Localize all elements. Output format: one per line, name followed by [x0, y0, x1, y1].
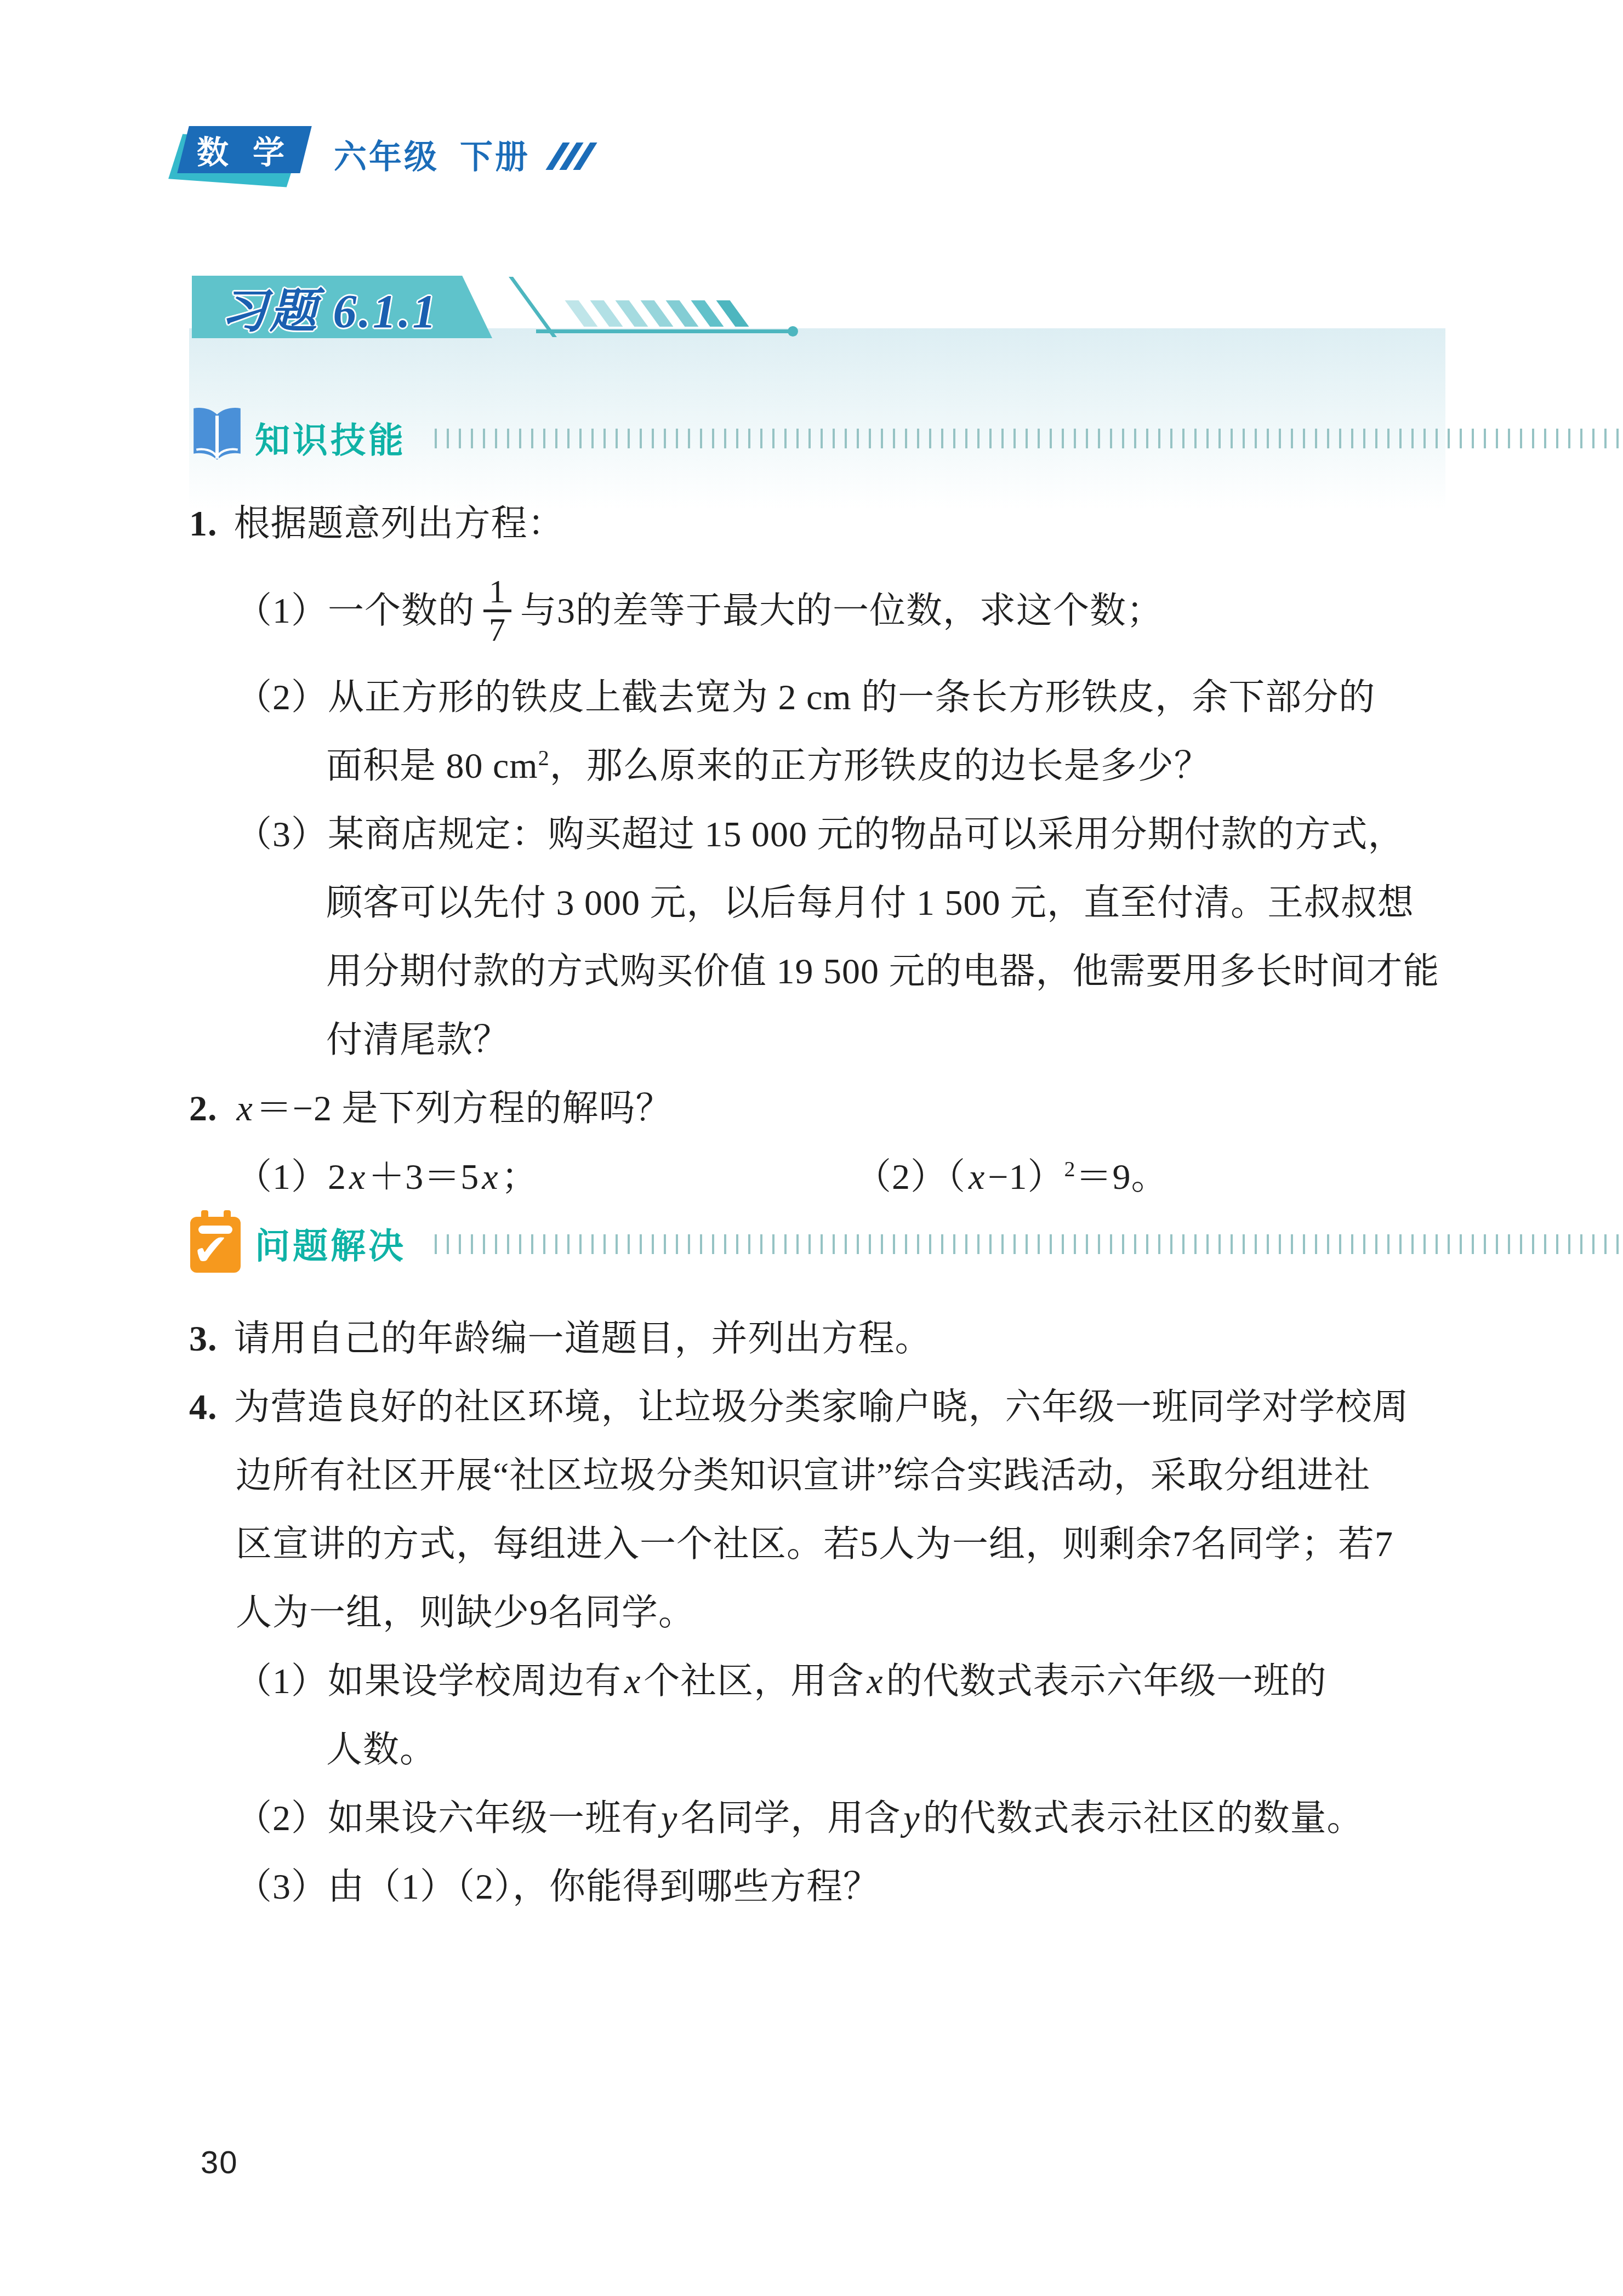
banner-slashes-icon — [574, 300, 739, 327]
header-slashes-icon — [554, 143, 589, 170]
item-text: （3）由（1）（2），你能得到哪些方程？ — [236, 1867, 880, 1907]
problem-1-item-3-line-2: 顾客可以先付 3 000 元，以后每月付 1 500 元，直至付清。王叔叔想 — [189, 869, 1450, 937]
equation-1: （1）2x＋3＝5x； — [236, 1143, 855, 1211]
item-text: 个社区，用含 — [643, 1661, 864, 1701]
item-text: 的代数式表示六年级一班的 — [886, 1661, 1327, 1701]
item-label: （2） — [855, 1157, 947, 1197]
item-text: 用分期付款的方式购买价值 19 500 元的电器，他需要用多长时间才能 — [326, 952, 1440, 992]
problem-number: 4. — [189, 1387, 218, 1427]
item-text: 面积是 80 cm — [326, 746, 538, 786]
item-label: （1） — [236, 1157, 328, 1197]
problem-4-item-2: （2）如果设六年级一班有y名同学，用含y的代数式表示社区的数量。 — [189, 1784, 1450, 1853]
problem-text: 请用自己的年龄编一道题目，并列出方程。 — [234, 1319, 932, 1359]
problem-text: 根据题意列出方程： — [234, 504, 565, 544]
variable-x: x — [346, 1157, 368, 1197]
section-knowledge-header: 知识技能 — [189, 404, 1445, 470]
problem-4-item-1-line-2: 人数。 — [189, 1716, 1450, 1784]
fraction-denominator: 7 — [483, 609, 511, 648]
problem-1-item-2-line-2: 面积是 80 cm2，那么原来的正方形铁皮的边长是多少？ — [189, 732, 1450, 800]
section-title-knowledge: 知识技能 — [255, 412, 406, 463]
equation-text: ＋3＝5 — [368, 1157, 479, 1197]
variable-x: x — [479, 1157, 501, 1197]
fraction-one-seventh: 1 7 — [483, 574, 511, 648]
item-text: 的代数式表示社区的数量。 — [923, 1798, 1364, 1838]
page-header: 数 学 六年级 下册 — [180, 122, 589, 187]
problem-4-line-1: 4.为营造良好的社区环境，让垃圾分类家喻户晓，六年级一班同学对学校周 — [189, 1373, 1450, 1442]
problem-4-item-1-line-1: （1）如果设学校周边有x个社区，用含x的代数式表示六年级一班的 — [189, 1647, 1450, 1716]
variable-x: x — [234, 1089, 256, 1129]
textbook-page: 数 学 六年级 下册 习题 6.1.1 知识技能 1.根据题意列出方程： — [0, 0, 1623, 2296]
grade-label: 六年级 — [334, 131, 439, 178]
equation-2: （2）（x−1）2＝9。 — [855, 1157, 1168, 1197]
volume-label: 下册 — [460, 131, 530, 178]
problem-3-stem: 3.请用自己的年龄编一道题目，并列出方程。 — [189, 1304, 1450, 1373]
item-text: （3）某商店规定：购买超过 15 000 元的物品可以采用分期付款的方式， — [236, 814, 1405, 854]
item-text: 名同学，用含 — [680, 1798, 901, 1838]
squared-exponent: 2 — [538, 745, 550, 770]
problem-2-stem: 2.x＝−2 是下列方程的解吗？ — [189, 1074, 1450, 1143]
problem-4-item-3: （3）由（1）（2），你能得到哪些方程？ — [189, 1853, 1450, 1921]
variable-x: x — [622, 1661, 643, 1701]
variable-y: y — [901, 1798, 922, 1838]
item-text: 付清尾款？ — [326, 1020, 510, 1060]
exercise-banner: 习题 6.1.1 — [192, 276, 492, 338]
problem-1-item-3-line-1: （3）某商店规定：购买超过 15 000 元的物品可以采用分期付款的方式， — [189, 800, 1450, 869]
variable-x: x — [966, 1157, 988, 1197]
book-icon — [189, 406, 245, 464]
section-tick-marks — [435, 1234, 1623, 1254]
problem-1-stem: 1.根据题意列出方程： — [189, 489, 1450, 558]
problem-number: 2. — [189, 1089, 218, 1129]
logo-box: 数 学 — [177, 126, 311, 173]
equation-text: ＝9。 — [1076, 1157, 1168, 1197]
item-text: （1）如果设学校周边有 — [236, 1661, 622, 1701]
problem-text: 边所有社区开展“社区垃圾分类知识宣讲”综合实践活动，采取分组进社 — [236, 1456, 1371, 1496]
math-logo: 数 学 — [180, 126, 309, 183]
variable-x: x — [864, 1661, 886, 1701]
item-text: （2）从正方形的铁皮上截去宽为 2 cm 的一条长方形铁皮，余下部分的 — [236, 677, 1375, 717]
fraction-numerator: 1 — [483, 574, 511, 609]
equation-text: ； — [502, 1157, 538, 1197]
item-text: 顾客可以先付 3 000 元，以后每月付 1 500 元，直至付清。王叔叔想 — [326, 883, 1414, 923]
problem-1-item-3-line-3: 用分期付款的方式购买价值 19 500 元的电器，他需要用多长时间才能 — [189, 937, 1450, 1006]
equation-text: （ — [947, 1157, 966, 1197]
section-tick-marks — [435, 429, 1623, 448]
problem-text: ＝−2 是下列方程的解吗？ — [256, 1089, 673, 1129]
logo-text: 数 学 — [197, 127, 292, 173]
page-number: 30 — [201, 2144, 238, 2181]
problem-4-line-4: 人为一组，则缺少9名同学。 — [189, 1579, 1450, 1647]
item-text: 人数。 — [326, 1730, 436, 1770]
checklist-icon: ✔ — [190, 1210, 242, 1274]
problem-1-item-2-line-1: （2）从正方形的铁皮上截去宽为 2 cm 的一条长方形铁皮，余下部分的 — [189, 663, 1450, 732]
problem-2-equations: （1）2x＋3＝5x；（2）（x−1）2＝9。 — [189, 1143, 1450, 1211]
item-text: （1）一个数的 — [236, 577, 475, 645]
section-title-problem-solving: 问题解决 — [255, 1218, 406, 1268]
problem-1-item-3-line-4: 付清尾款？ — [189, 1006, 1450, 1074]
problem-number: 1. — [189, 504, 218, 544]
problem-4-line-2: 边所有社区开展“社区垃圾分类知识宣讲”综合实践活动，采取分组进社 — [189, 1442, 1450, 1510]
problem-solving-problems: 3.请用自己的年龄编一道题目，并列出方程。 4.为营造良好的社区环境，让垃圾分类… — [189, 1304, 1450, 1921]
equation-text: −1） — [988, 1157, 1064, 1197]
problem-1-item-1: （1）一个数的 1 7 与3的差等于最大的一位数，求这个数； — [189, 558, 1450, 663]
problem-text: 区宣讲的方式，每组进入一个社区。若5人为一组，则剩余7名同学；若7 — [236, 1524, 1393, 1564]
squared-exponent: 2 — [1064, 1156, 1076, 1181]
equation-text: 2 — [328, 1157, 346, 1197]
variable-y: y — [658, 1798, 680, 1838]
item-text: ，那么原来的正方形铁皮的边长是多少？ — [550, 746, 1211, 786]
item-text: （2）如果设六年级一班有 — [236, 1798, 658, 1838]
problem-text: 人为一组，则缺少9名同学。 — [236, 1593, 695, 1633]
banner-underline — [536, 329, 794, 333]
problem-number: 3. — [189, 1319, 218, 1359]
problem-text: 为营造良好的社区环境，让垃圾分类家喻户晓，六年级一班同学对学校周 — [234, 1387, 1409, 1427]
problem-4-line-3: 区宣讲的方式，每组进入一个社区。若5人为一组，则剩余7名同学；若7 — [189, 1510, 1450, 1579]
item-text: 与3的差等于最大的一位数，求这个数； — [520, 577, 1163, 645]
banner-title: 习题 6.1.1 — [220, 273, 439, 341]
knowledge-problems: 1.根据题意列出方程： （1）一个数的 1 7 与3的差等于最大的一位数，求这个… — [189, 489, 1450, 1211]
section-problem-solving-header: ✔ 问题解决 — [189, 1210, 1445, 1276]
